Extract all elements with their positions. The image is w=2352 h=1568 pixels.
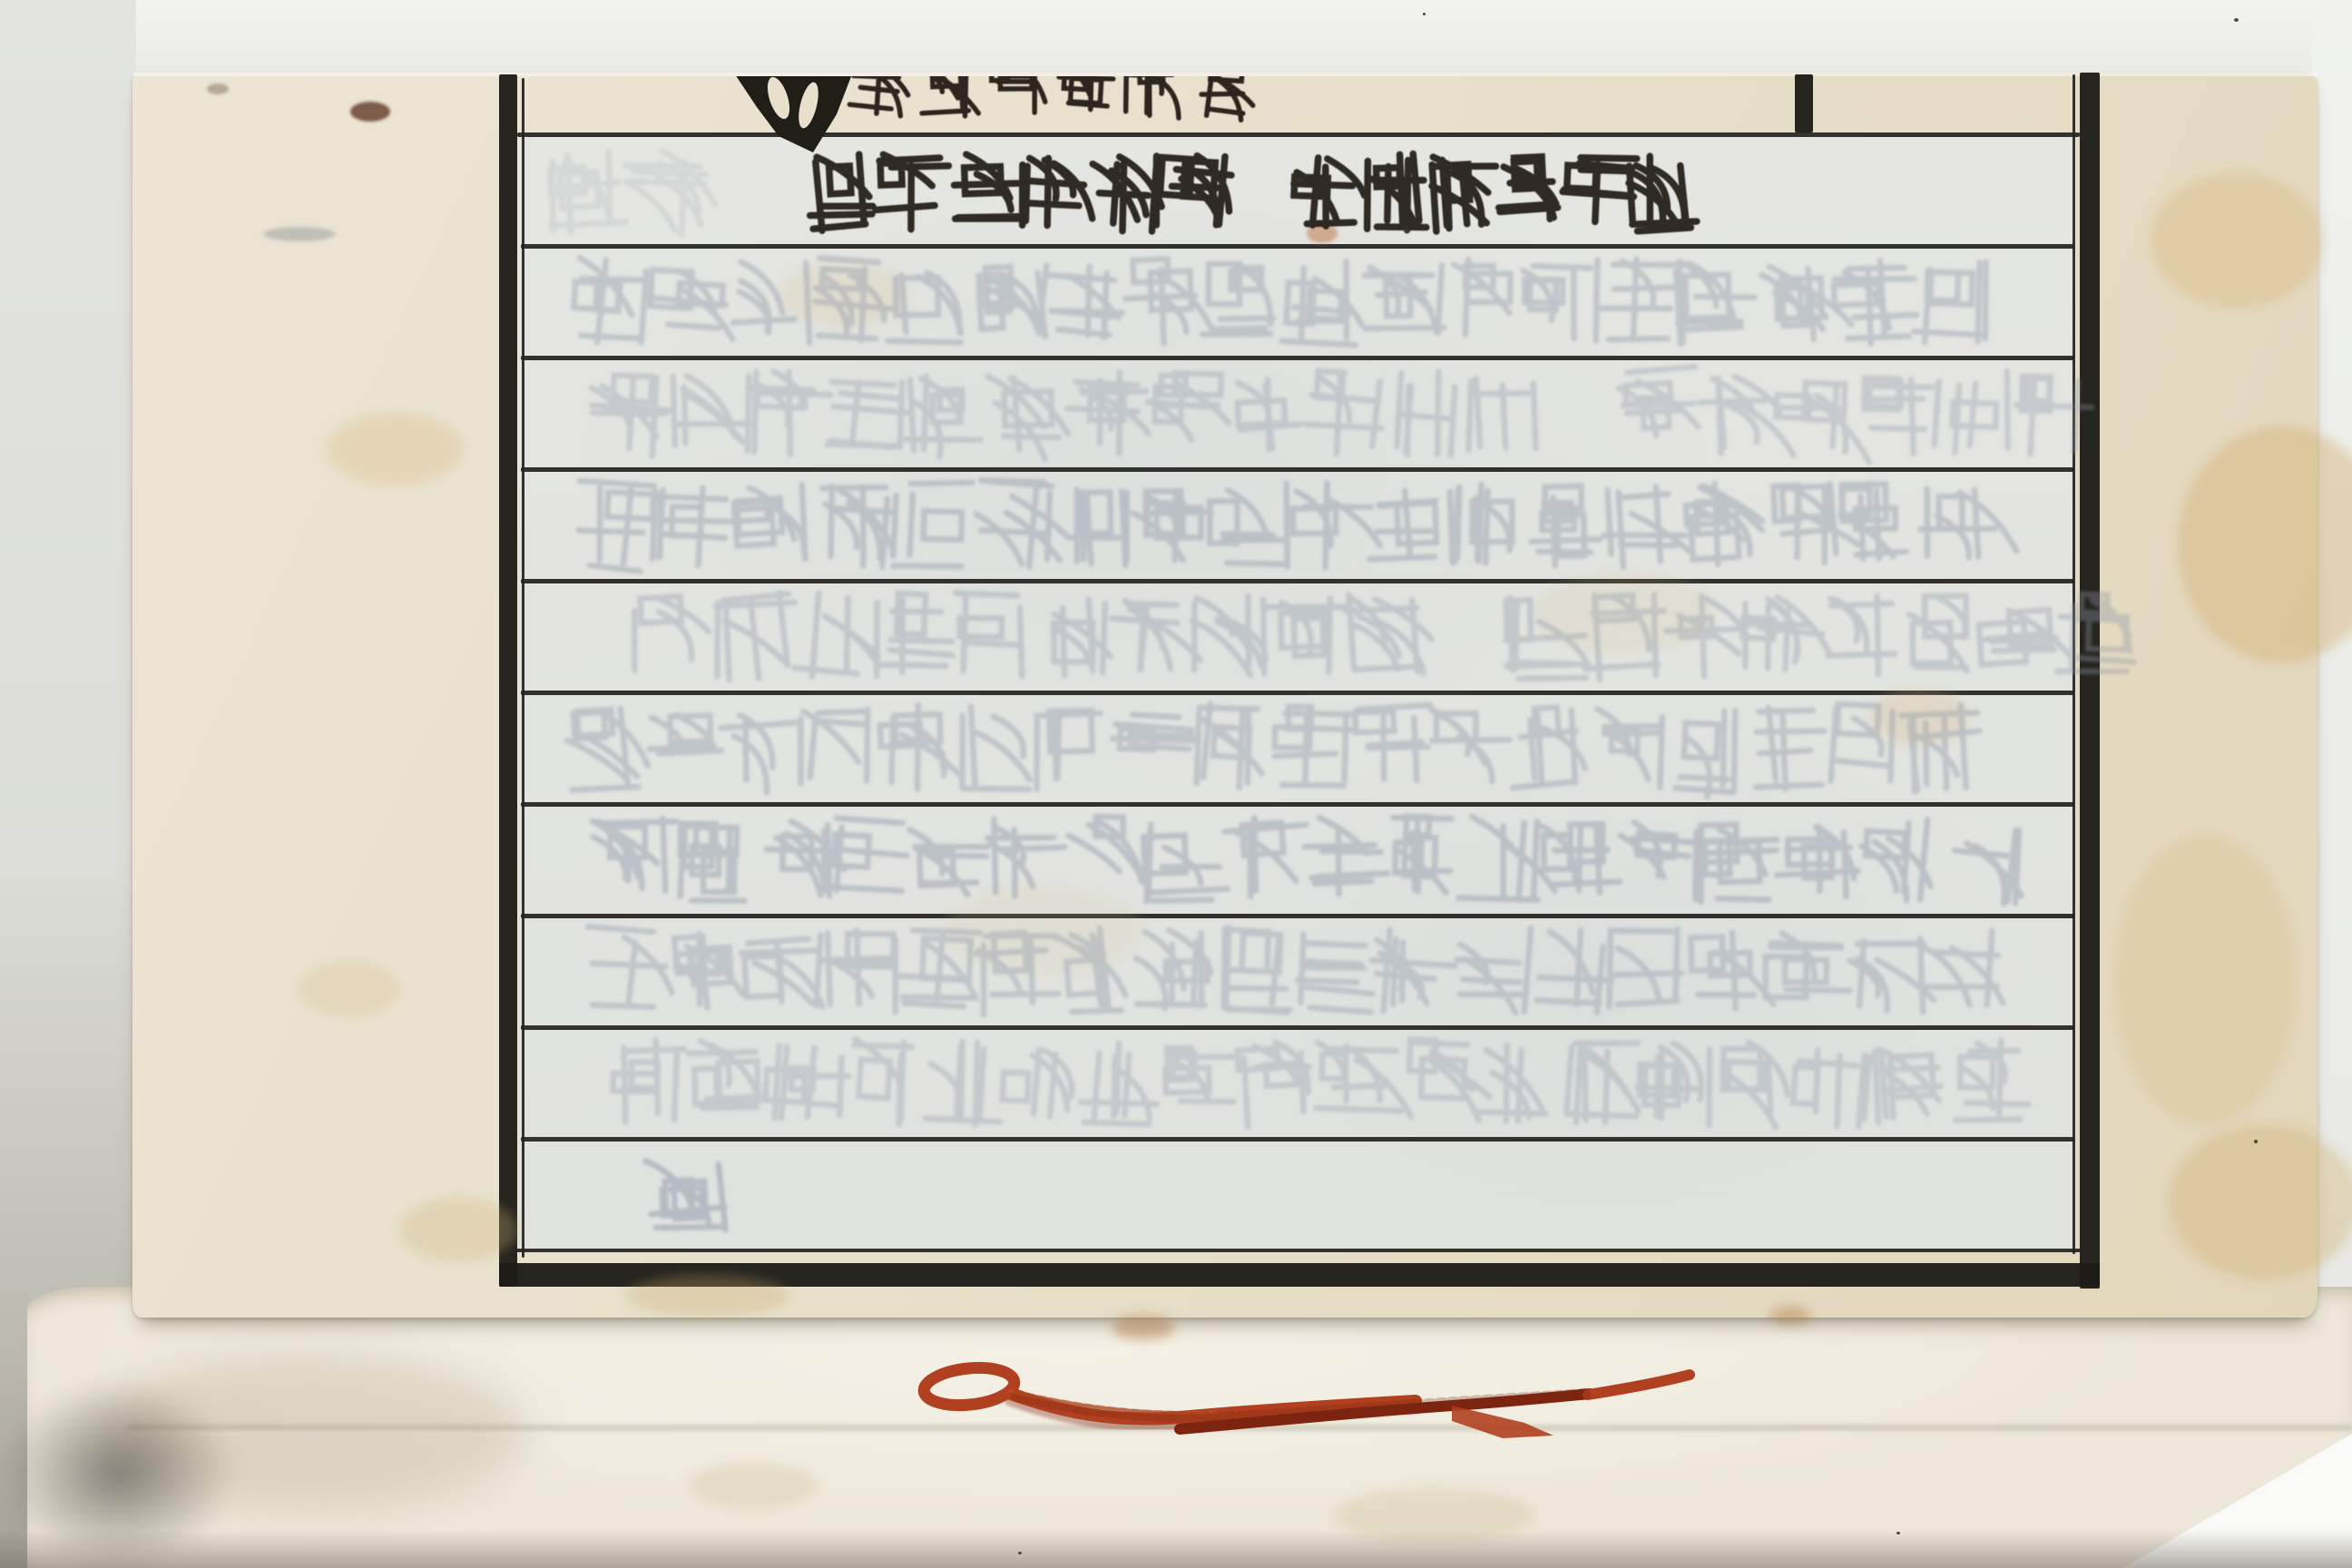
frame-border-right-thick — [2080, 73, 2100, 1289]
column-rule-6 — [521, 802, 2074, 807]
dust-speck — [1018, 1552, 1022, 1554]
foxing-stain — [2169, 1125, 2352, 1279]
column-rule-8 — [521, 1025, 2074, 1030]
foxing-stain — [1112, 1316, 1175, 1339]
foxing-stain — [399, 1198, 517, 1261]
foxing-stain — [207, 83, 229, 94]
foxing-stain — [626, 1275, 789, 1317]
column-rule-2 — [521, 356, 2074, 360]
foxing-stain — [1334, 1488, 1534, 1543]
foxing-stain — [1534, 572, 1715, 653]
frame-border-left-thin — [522, 78, 524, 1258]
dust-speck — [2234, 18, 2239, 22]
frame-border-left-thick — [499, 74, 517, 1287]
foxing-stain — [690, 1463, 817, 1508]
column-rule-9 — [521, 1137, 2074, 1142]
column-rule-3 — [521, 467, 2074, 472]
banxin-divider-stub — [1795, 74, 1813, 132]
column-rule-1 — [521, 244, 2074, 249]
paper-fold-crease — [127, 1423, 2352, 1434]
banxin-bottom-rule — [517, 132, 2080, 137]
book-photo: 歲壬子立夏日 曾孫丙河敬書 先生遺稿卷之 — [0, 0, 2352, 1568]
rust-fleck — [1307, 223, 1338, 243]
column-rule-5 — [521, 691, 2074, 695]
foxing-stain — [2114, 835, 2296, 1125]
foxing-stain — [2151, 172, 2323, 309]
dust-speck — [2254, 1140, 2258, 1143]
column-rule-4 — [521, 579, 2074, 583]
frame-border-right-thin — [2073, 74, 2075, 1254]
foxing-stain — [350, 102, 390, 122]
foxing-stain — [1869, 690, 1969, 744]
foxing-stain — [299, 962, 399, 1016]
dust-speck — [1423, 13, 1426, 15]
pencil-smudge — [263, 227, 336, 241]
foxing-stain — [1769, 1307, 1811, 1325]
foxing-stain — [944, 885, 1143, 975]
dust-speck — [1896, 1532, 1900, 1534]
foxing-stain — [327, 413, 463, 485]
book-page — [132, 73, 2318, 1318]
frame-border-bottom-thin — [499, 1249, 2083, 1252]
foxing-stain — [780, 263, 907, 327]
column-rule-7 — [521, 914, 2074, 918]
bottom-edge-shadow — [0, 1530, 2352, 1568]
backdrop-top — [0, 0, 2352, 83]
